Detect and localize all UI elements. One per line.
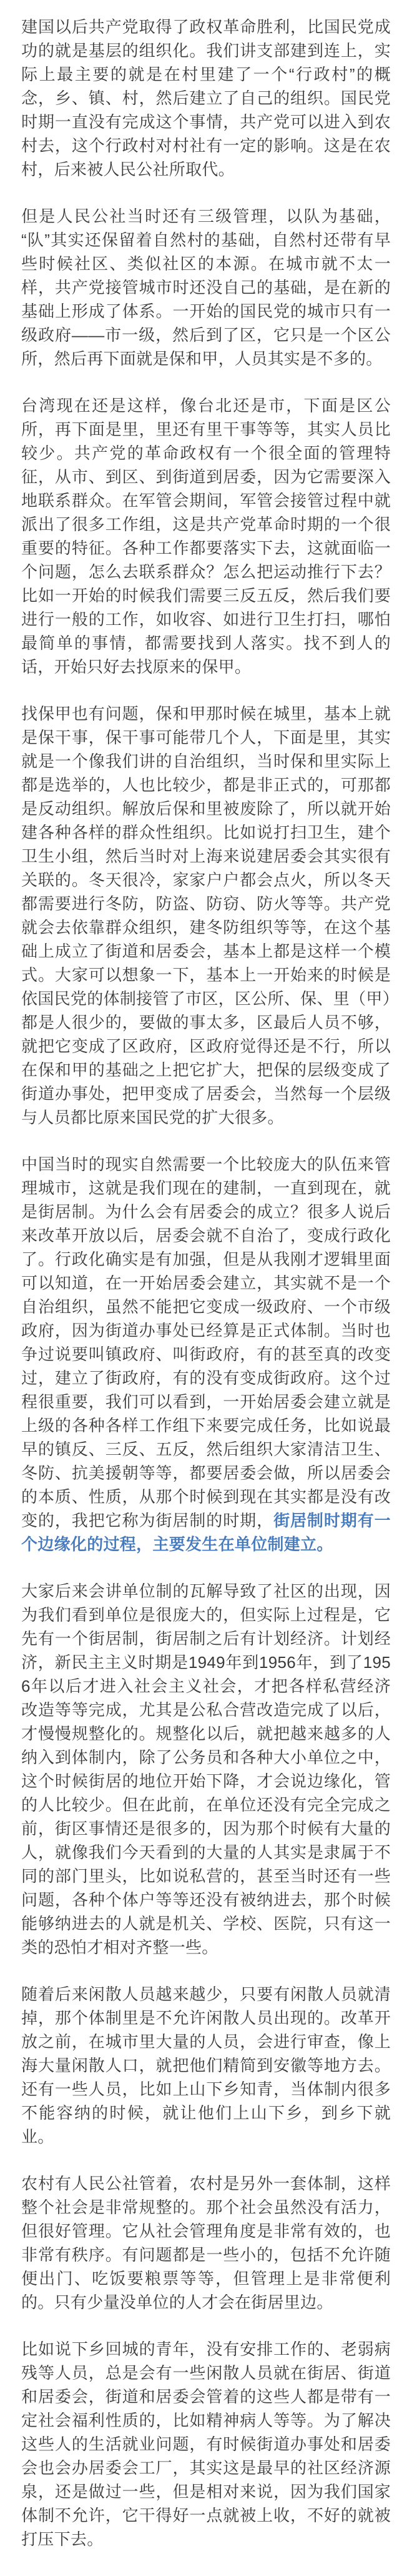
body-text: 建国以后共产党取得了政权革命胜利，比国民党成功的就是基层的组织化。我们讲支部建到… [21, 17, 391, 179]
paragraph-8: 农村有人民公社管着，农村是另外一套体制，这样整个社会是非常规整的。那个社会虽然没… [21, 2172, 391, 2314]
paragraph-9: 比如说下乡回城的青年，没有安排工作的、老弱病残等人员，总是会有一些闲散人员就在街… [21, 2337, 391, 2551]
body-text: 大家后来会讲单位制的瓦解导致了社区的出现，因为我们看到单位是很庞大的，但实际上过… [21, 1582, 391, 1957]
paragraph-4: 找保甲也有问题，保和甲那时候在城里，基本上就是保干事，保干事可能带几个人，下面是… [21, 702, 391, 1129]
paragraph-3: 台湾现在还是这样，像台北还是市，下面是区公所，再下面是里，里还有里干事等等，其实… [21, 394, 391, 679]
paragraph-6: 大家后来会讲单位制的瓦解导致了社区的出现，因为我们看到单位是很庞大的，但实际上过… [21, 1579, 391, 1959]
paragraph-5: 中国当时的现实自然需要一个比较庞大的队伍来管理城市，这就是我们现在的建制，一直到… [21, 1152, 391, 1556]
paragraph-7: 随着后来闲散人员越来越少，只要有闲散人员就清掉，那个体制里是不允许闲散人员出现的… [21, 1982, 391, 2149]
paragraph-2: 但是人民公社当时还有三级管理，以队为基础，“队”其实还保留着自然村的基础，自然村… [21, 204, 391, 371]
paragraph-1: 建国以后共产党取得了政权革命胜利，比国民党成功的就是基层的组织化。我们讲支部建到… [21, 15, 391, 181]
article-body: 建国以后共产党取得了政权革命胜利，比国民党成功的就是基层的组织化。我们讲支部建到… [0, 0, 412, 2576]
body-text: 台湾现在还是这样，像台北还是市，下面是区公所，再下面是里，里还有里干事等等，其实… [21, 396, 391, 676]
body-text: 随着后来闲散人员越来越少，只要有闲散人员就清掉，那个体制里是不允许闲散人员出现的… [21, 1985, 391, 2146]
body-text: 但是人民公社当时还有三级管理，以队为基础，“队”其实还保留着自然村的基础，自然村… [21, 207, 391, 368]
body-text: 找保甲也有问题，保和甲那时候在城里，基本上就是保干事，保干事可能带几个人，下面是… [21, 704, 391, 1127]
body-text: 比如说下乡回城的青年，没有安排工作的、老弱病残等人员，总是会有一些闲散人员就在街… [21, 2340, 391, 2549]
body-text: 中国当时的现实自然需要一个比较庞大的队伍来管理城市，这就是我们现在的建制，一直到… [21, 1155, 391, 1530]
body-text: 农村有人民公社管着，农村是另外一套体制，这样整个社会是非常规整的。那个社会虽然没… [21, 2174, 391, 2312]
